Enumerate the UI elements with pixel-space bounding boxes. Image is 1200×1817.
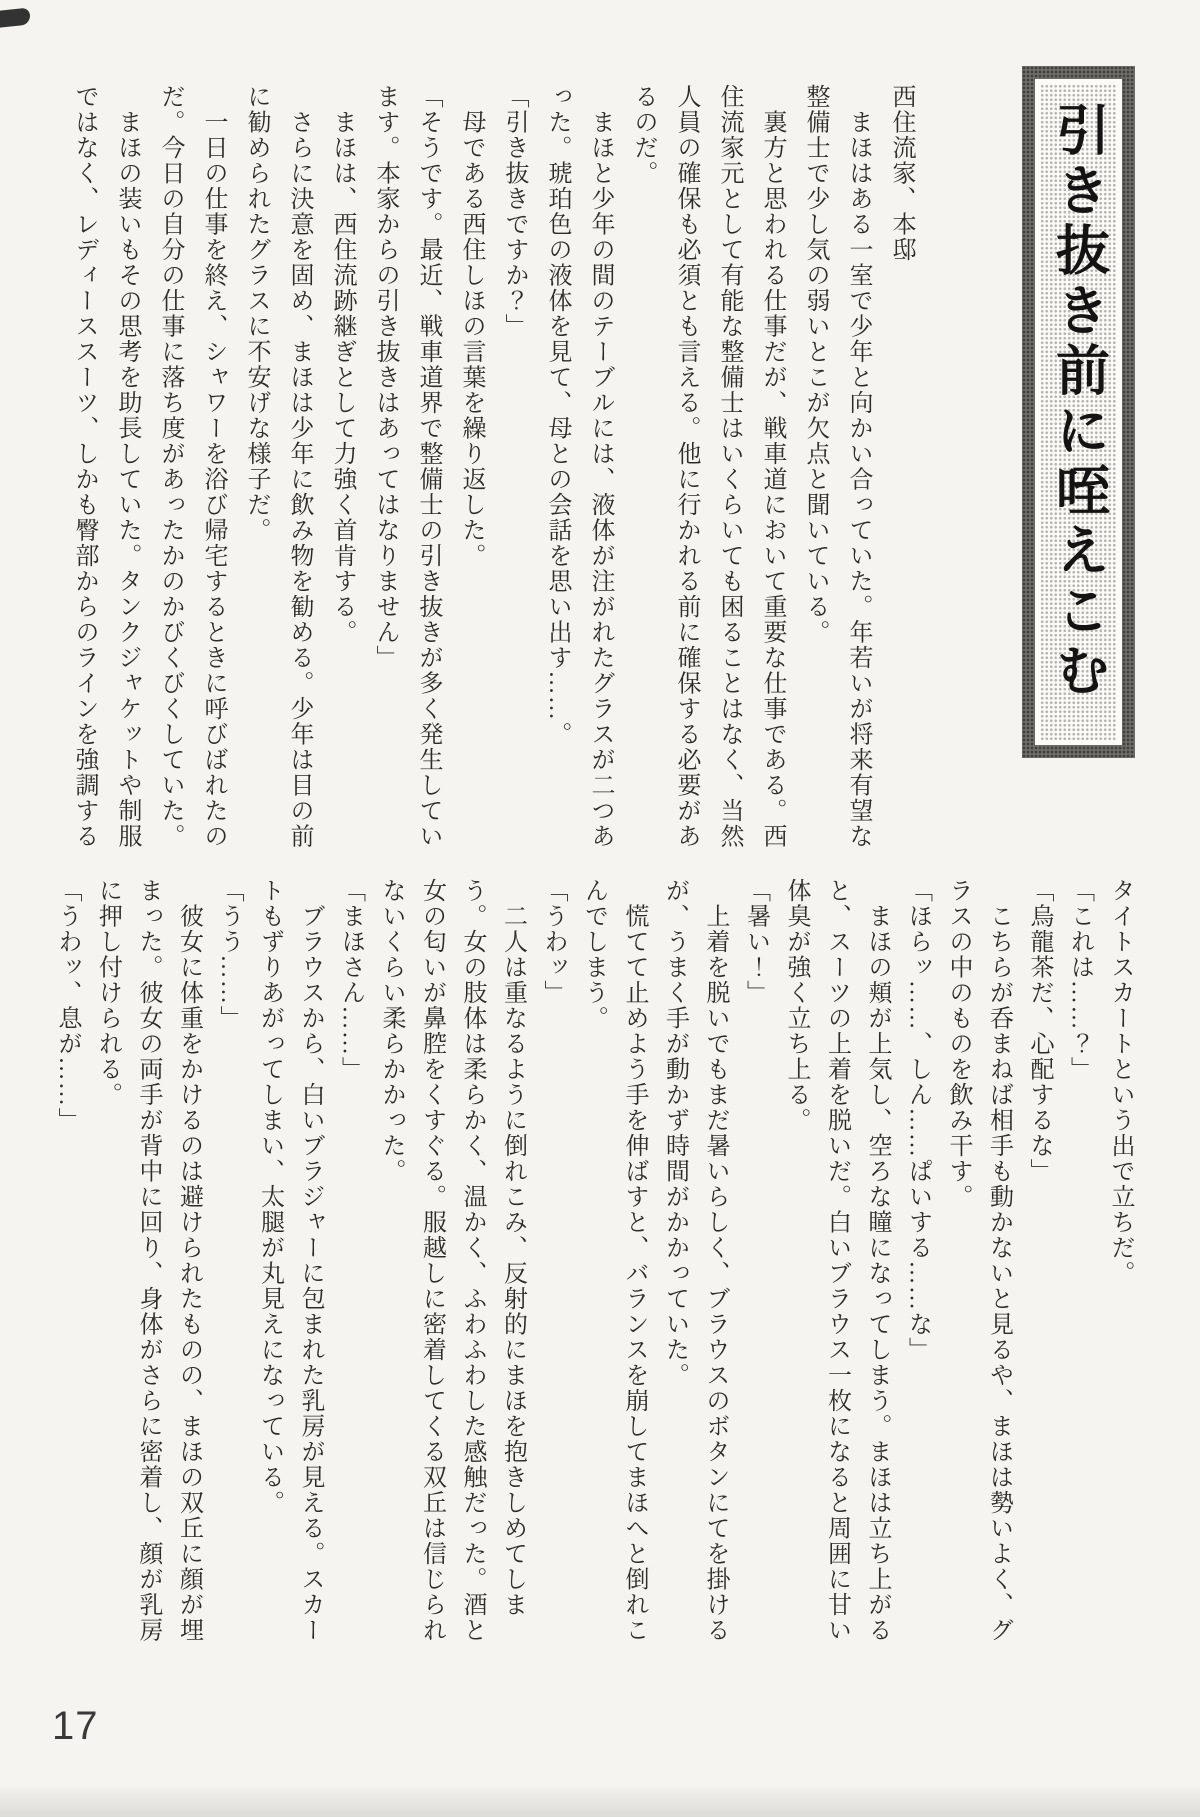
text-column: こちらが呑まねば相手も動かないと見るや、まほは勢いよく、グ: [978, 878, 1019, 1640]
text-column: 慌てて止めよう手を伸ばすと、バランスを崩してまほへと倒れこ: [614, 878, 655, 1640]
text-column: まった。彼女の両手が背中に回り、身体がさらに密着し、顔が乳房: [128, 878, 169, 1640]
text-column: が、うまく手が動かず時間がかかっていた。: [654, 878, 695, 1640]
text-column: タイトスカートという出で立ちだ。: [1100, 878, 1141, 1640]
text-column: まほの頬が上気し、空ろな瞳になってしまう。まほは立ち上がる: [857, 878, 898, 1640]
text-column: った。琥珀色の液体を見て、母との会話を思い出す……。: [535, 84, 578, 856]
text-column: ないくらい柔らかかった。: [371, 878, 412, 1640]
bottom-text-block: タイトスカートという出で立ちだ。「これは……？」「烏龍茶だ、心配するな」 こちら…: [47, 878, 1141, 1640]
text-column: ラスの中のものを飲み干す。: [938, 878, 979, 1640]
text-column: に勧められたグラスに不安げな様子だ。: [234, 84, 277, 856]
text-column: 上着を脱いでもまだ暑いらしく、ブラウスのボタンにてを掛ける: [695, 878, 736, 1640]
scanned-page: 引き抜き前に咥えこむ 西住流家、本邸 まほはある一室で少年と向かい合っていた。年…: [0, 0, 1200, 1817]
text-column: 住流家元として有能な整備士はいくらいても困ることはなく、当然: [707, 84, 750, 856]
text-column: 整備士で少し気の弱いとこが欠点と聞いている。: [793, 84, 836, 856]
text-column: 体臭が強く立ち上る。: [776, 878, 817, 1640]
text-column: ます。本家からの引き抜きはあってはなりません」: [363, 84, 406, 856]
top-text-block: 西住流家、本邸 まほはある一室で少年と向かい合っていた。年若いが将来有望な整備士…: [62, 84, 922, 856]
scan-artifact-icon: [0, 7, 30, 27]
text-column: んでしまう。: [573, 878, 614, 1640]
chapter-title: 引き抜き前に咥えこむ: [1052, 84, 1106, 740]
text-column: ブラウスから、白いブラジャーに包まれた乳房が見える。スカー: [290, 878, 331, 1640]
text-column: う。女の肢体は柔らかく、温かく、ふわふわした感触だった。酒と: [452, 878, 493, 1640]
text-column: 西住流家、本邸: [879, 84, 922, 856]
chapter-title-panel: 引き抜き前に咥えこむ: [1035, 79, 1122, 745]
text-column: と、スーツの上着を脱いだ。白いブラウス一枚になると周囲に甘い: [816, 878, 857, 1640]
text-column: 「ほらッ……、しん……ぱいする……な」: [897, 878, 938, 1640]
text-column: 「うわッ、息が……」: [47, 878, 88, 1640]
text-column: 二人は重なるように倒れこみ、反射的にまほを抱きしめてしま: [492, 878, 533, 1640]
text-column: 「うう……」: [209, 878, 250, 1640]
text-column: 「引き抜きですか？」: [492, 84, 535, 856]
text-column: まほの装いもその思考を助長していた。タンクジャケットや制服: [105, 84, 148, 856]
text-column: 一日の仕事を終え、シャワーを浴び帰宅するときに呼びばれたの: [191, 84, 234, 856]
text-column: まほは、西住流跡継ぎとして力強く首肯する。: [320, 84, 363, 856]
text-column: トもずりあがってしまい、太腿が丸見えになっている。: [249, 878, 290, 1640]
text-column: 「暑い！」: [735, 878, 776, 1640]
text-column: だ。今日の自分の仕事に落ち度があったかのかびくびくしていた。: [148, 84, 191, 856]
page-number: 17: [52, 1704, 99, 1749]
text-column: 「そうです。最近、戦車道界で整備士の引き抜きが多く発生してい: [406, 84, 449, 856]
text-column: さらに決意を固め、まほは少年に飲み物を勧める。少年は目の前: [277, 84, 320, 856]
text-column: に押し付けられる。: [87, 878, 128, 1640]
text-column: まほはある一室で少年と向かい合っていた。年若いが将来有望な: [836, 84, 879, 856]
text-column: 「これは……？」: [1059, 878, 1100, 1640]
text-column: 「まほさん……」: [330, 878, 371, 1640]
text-column: 裏方と思われる仕事だが、戦車道において重要な仕事である。西: [750, 84, 793, 856]
text-column: 母である西住しほの言葉を繰り返した。: [449, 84, 492, 856]
text-column: 女の匂いが鼻腔をくすぐる。服越しに密着してくる双丘は信じられ: [411, 878, 452, 1640]
chapter-title-box: 引き抜き前に咥えこむ: [1022, 66, 1135, 758]
text-column: 「烏龍茶だ、心配するな」: [1019, 878, 1060, 1640]
text-column: 「うわッ」: [533, 878, 574, 1640]
text-column: 彼女に体重をかけるのは避けられたものの、まほの双丘に顔が埋: [168, 878, 209, 1640]
text-column: ではなく、レディーススーツ、しかも臀部からのラインを強調する: [62, 84, 105, 856]
text-column: まほと少年の間のテーブルには、液体が注がれたグラスが二つあ: [578, 84, 621, 856]
text-column: るのだ。: [621, 84, 664, 856]
text-column: 人員の確保も必須とも言える。他に行かれる前に確保する必要があ: [664, 84, 707, 856]
